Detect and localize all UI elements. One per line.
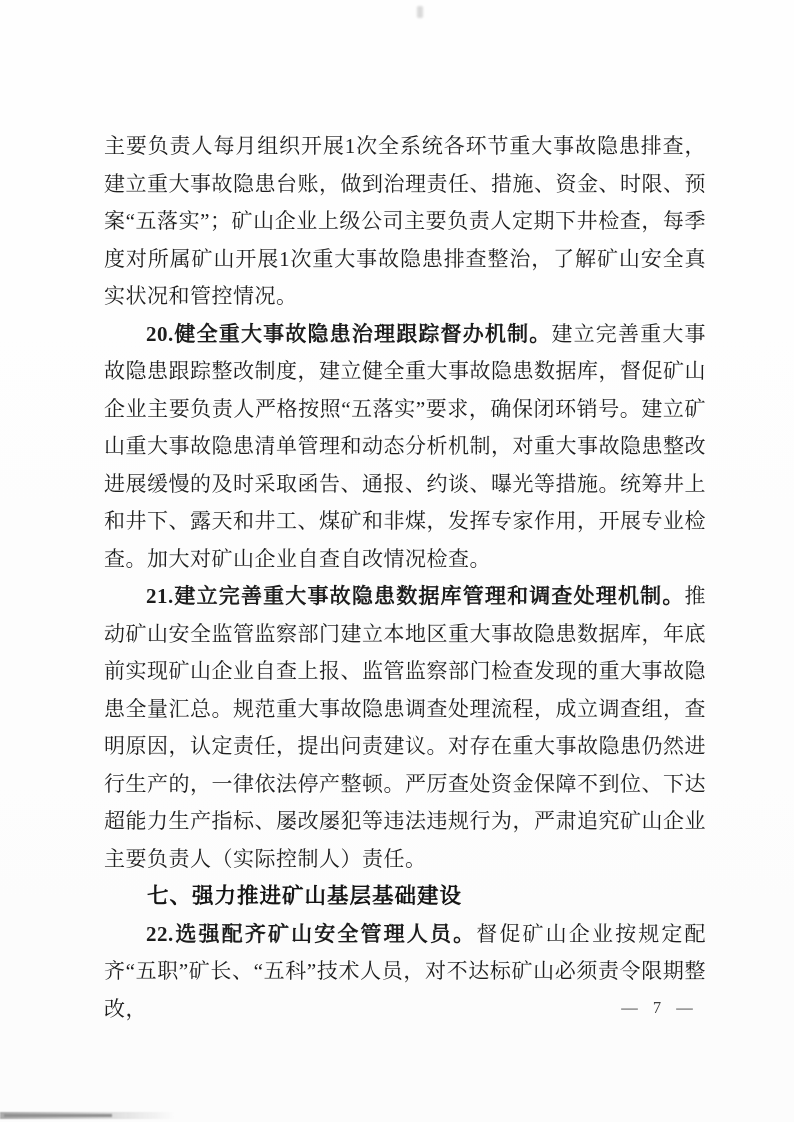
paragraph: 20.健全重大事故隐患治理跟踪督办机制。建立完善重大事故隐患跟踪整改制度，建立健… bbox=[104, 316, 706, 579]
section-heading: 七、强力推进矿山基层基础建设 bbox=[104, 878, 706, 916]
document-page: 主要负责人每月组织开展1次全系统各环节重大事故隐患排查，建立重大事故隐患台账，做… bbox=[0, 0, 794, 1122]
page-number: — 7 — bbox=[606, 998, 710, 1018]
paragraph: 主要负责人每月组织开展1次全系统各环节重大事故隐患排查，建立重大事故隐患台账，做… bbox=[104, 128, 706, 316]
paragraph: 21.建立完善重大事故隐患数据库管理和调查处理机制。推动矿山安全监管监察部门建立… bbox=[104, 578, 706, 878]
scan-artifact-top bbox=[417, 6, 423, 18]
text-block: 主要负责人每月组织开展1次全系统各环节重大事故隐患排查，建立重大事故隐患台账，做… bbox=[104, 128, 706, 1028]
scan-artifact-bottom-left-core bbox=[4, 1114, 112, 1117]
paragraph-lead: 20.健全重大事故隐患治理跟踪督办机制。 bbox=[146, 322, 551, 346]
paragraph-lead: 21.建立完善重大事故隐患数据库管理和调查处理机制。 bbox=[146, 584, 685, 608]
paragraph-lead: 22.选强配齐矿山安全管理人员。 bbox=[146, 922, 476, 946]
